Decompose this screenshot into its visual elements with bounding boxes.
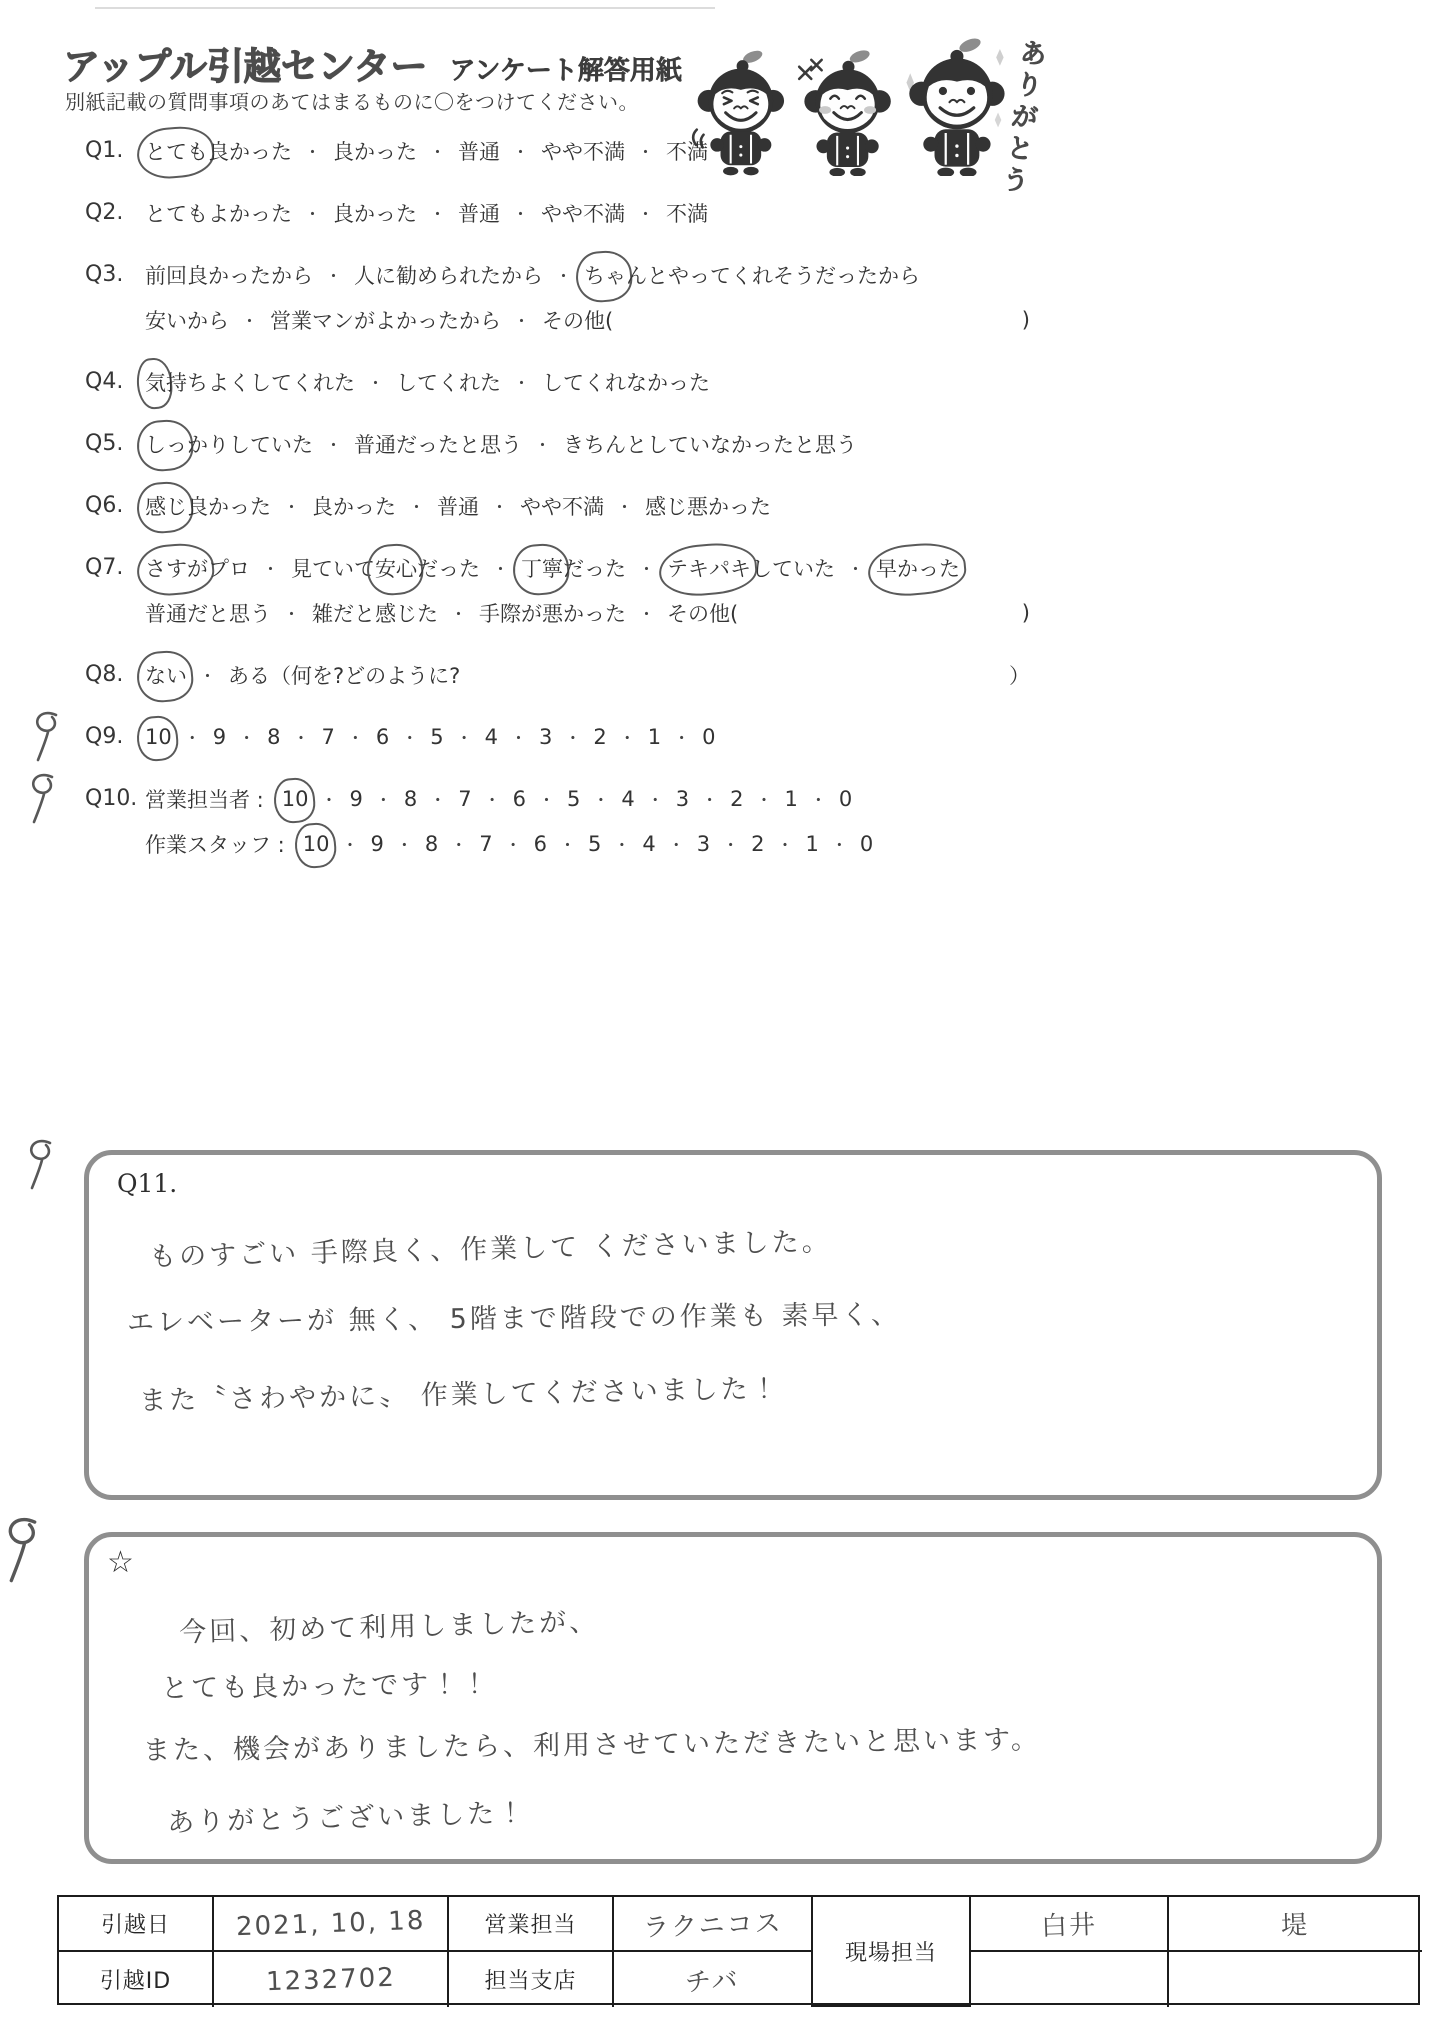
question-row-q5: Q5.しっかりしていた・普通だったと思う・きちんとしていなかったと思う	[85, 421, 1030, 466]
option-sublabel: 営業担当者 :	[145, 784, 264, 814]
separator-dot: ・	[638, 600, 655, 625]
move-date-label: 引越日	[59, 1897, 214, 1952]
summary-table: 引越日 2021, 10, 18 営業担当 ラクニコス 現場担当 白井 堤 引越…	[57, 1895, 1420, 2005]
separator-dot: ・	[321, 786, 338, 811]
site-rep-empty-cell	[1169, 1952, 1422, 2007]
question-row-q6: Q6.感じ良かった・良かった・普通・やや不満・感じ悪かった	[85, 483, 1030, 528]
handwritten-line: エレベーターが 無く、 5階まで階段での作業も 素早く、	[127, 1288, 1357, 1340]
option-row: さすがプロ・見ていて安心だった・丁寧だった・テキパキしていた・早かった	[145, 553, 1030, 583]
move-date-value: 2021, 10, 18	[214, 1897, 449, 1952]
question-label: Q8.	[85, 662, 145, 687]
option-text: やや不満	[520, 491, 604, 521]
option-text: していた	[751, 553, 835, 583]
option-text: やや不満	[541, 198, 625, 228]
scan-artifact-line	[95, 7, 715, 9]
option-text: 0	[860, 832, 873, 856]
star-icon: ☆	[107, 1545, 134, 1580]
option-text: 見ていて	[291, 553, 375, 583]
separator-dot: ・	[722, 831, 739, 856]
option-text: 6	[534, 832, 547, 856]
handwritten-line: また〝さわやかに〟 作業してくださいました！	[139, 1355, 1358, 1417]
separator-dot: ・	[429, 200, 446, 225]
option-text: だった	[417, 553, 480, 583]
option-text: きちんとしていなかったと思う	[563, 429, 857, 459]
option-text: 手際が悪かった	[479, 598, 626, 628]
question-label: Q10.	[85, 786, 145, 811]
option-text: 普通	[458, 198, 500, 228]
option-text: してくれなかった	[542, 367, 710, 397]
site-rep-value-1: 白井	[971, 1897, 1169, 1952]
separator-dot: ・	[831, 831, 848, 856]
separator-dot: ・	[401, 724, 418, 749]
option-circled: 丁寧	[521, 553, 563, 583]
option-text: 2	[751, 832, 764, 856]
option-circled: しっ	[145, 429, 187, 459]
branch-label: 担当支店	[449, 1952, 614, 2007]
separator-dot: ・	[238, 724, 255, 749]
option-text: 良かった	[333, 198, 417, 228]
question-row-q7: Q7.さすがプロ・見ていて安心だった・丁寧だった・テキパキしていた・早かった	[85, 545, 1030, 590]
comment-box-star: ☆ 今回、初めて利用しましたが、とても良かったです！！また、機会がありましたら、…	[84, 1532, 1382, 1864]
separator-dot: ・	[456, 724, 473, 749]
option-text: 持ちよくしてくれた	[166, 367, 355, 397]
question-row-q1: Q1.とても良かった・良かった・普通・やや不満・不満	[85, 128, 1030, 173]
handwritten-comment: ものすごい 手際良く、作業して くださいました。エレベーターが 無く、 5階まで…	[127, 1221, 1357, 1440]
form-title: アンケート解答用紙	[449, 50, 681, 87]
option-circled: テキパキ	[667, 553, 751, 583]
option-text: 人に勧められたから	[354, 260, 543, 290]
question-label: Q2.	[85, 200, 145, 225]
question-row-q3: Q3.前回良かったから・人に勧められたから・ちゃんとやってくれそうだったから	[85, 252, 1030, 297]
option-text: ）	[1009, 660, 1030, 690]
option-circled: 気	[145, 367, 166, 397]
handwritten-line: とても良かったです！！	[161, 1650, 1357, 1706]
separator-dot: ・	[647, 786, 664, 811]
separator-dot: ・	[613, 831, 630, 856]
separator-dot: ・	[513, 307, 530, 332]
option-circled: 10	[282, 787, 309, 811]
option-text: 8	[425, 832, 438, 856]
question-row-continued: 作業スタッフ :10・9・8・7・6・5・4・3・2・1・0	[85, 821, 1030, 866]
option-text: 8	[404, 787, 417, 811]
question-label: Q6.	[85, 493, 145, 518]
option-text: 0	[702, 725, 715, 749]
option-row: とてもよかった・良かった・普通・やや不満・不満	[145, 198, 1030, 228]
option-row: 作業スタッフ :10・9・8・7・6・5・4・3・2・1・0	[145, 829, 1030, 859]
option-text: 1	[805, 832, 818, 856]
separator-dot: ・	[450, 831, 467, 856]
option-text: 1	[785, 787, 798, 811]
option-text: 良かった	[187, 491, 271, 521]
separator-dot: ・	[450, 600, 467, 625]
separator-dot: ・	[184, 724, 201, 749]
move-id-label: 引越ID	[59, 1952, 214, 2007]
option-text: 1	[648, 725, 661, 749]
separator-dot: ・	[283, 600, 300, 625]
comment-box-q11: Q11. ものすごい 手際良く、作業して くださいました。エレベーターが 無く、…	[84, 1150, 1382, 1500]
separator-dot: ・	[325, 431, 342, 456]
separator-dot: ・	[534, 431, 551, 456]
question-label: Q5.	[85, 431, 145, 456]
option-row: 営業担当者 :10・9・8・7・6・5・4・3・2・1・0	[145, 784, 1030, 814]
option-text: 不満	[666, 136, 708, 166]
separator-dot: ・	[512, 200, 529, 225]
question-row-q4: Q4.気持ちよくしてくれた・してくれた・してくれなかった	[85, 359, 1030, 404]
option-text: 4	[621, 787, 634, 811]
option-text: 4	[642, 832, 655, 856]
option-text: 雑だと感じた	[312, 598, 438, 628]
question-list: Q1.とても良かった・良かった・普通・やや不満・不満Q2.とてもよかった・良かっ…	[85, 128, 1030, 866]
branch-value: チバ	[614, 1952, 813, 2007]
option-text: 7	[458, 787, 471, 811]
separator-dot: ・	[638, 555, 655, 580]
separator-dot: ・	[241, 307, 258, 332]
option-text: んとやってくれそうだったから	[626, 260, 920, 290]
option-text: だった	[563, 553, 626, 583]
question-row-q2: Q2.とてもよかった・良かった・普通・やや不満・不満	[85, 190, 1030, 235]
separator-dot: ・	[559, 831, 576, 856]
option-circled: ない	[145, 660, 187, 690]
option-circled: さすが	[145, 553, 208, 583]
option-text: 8	[267, 725, 280, 749]
option-text: 2	[593, 725, 606, 749]
option-text: 5	[430, 725, 443, 749]
separator-dot: ・	[429, 138, 446, 163]
option-text: 普通だと思う	[145, 598, 271, 628]
sales-rep-label: 営業担当	[449, 1897, 614, 1952]
option-text: 前回良かったから	[145, 260, 313, 290]
comment-box-label: Q11.	[117, 1169, 177, 1198]
separator-dot: ・	[347, 724, 364, 749]
separator-dot: ・	[283, 493, 300, 518]
separator-dot: ・	[375, 786, 392, 811]
site-rep-empty-cell	[971, 1952, 1169, 2007]
separator-dot: ・	[616, 493, 633, 518]
separator-dot: ・	[408, 493, 425, 518]
option-text: 良かった	[333, 136, 417, 166]
question-row-q10: Q10.営業担当者 :10・9・8・7・6・5・4・3・2・1・0	[85, 776, 1030, 821]
option-text: 3	[676, 787, 689, 811]
option-text: 2	[730, 787, 743, 811]
handwritten-loop-mark	[24, 1138, 58, 1194]
separator-dot: ・	[510, 724, 527, 749]
handwritten-comment: 今回、初めて利用しましたが、とても良かったです！！また、機会がありましたら、利用…	[127, 1595, 1357, 1847]
separator-dot: ・	[776, 831, 793, 856]
separator-dot: ・	[673, 724, 690, 749]
option-text: 良かった	[312, 491, 396, 521]
brand-title: アップル引越センター	[63, 36, 427, 90]
option-circled: 10	[145, 725, 172, 749]
option-text: )	[1022, 308, 1030, 332]
option-row: 気持ちよくしてくれた・してくれた・してくれなかった	[145, 367, 1030, 397]
option-text: 9	[350, 787, 363, 811]
separator-dot: ・	[847, 555, 864, 580]
separator-dot: ・	[810, 786, 827, 811]
option-circled: 早かった	[876, 553, 960, 583]
separator-dot: ・	[592, 786, 609, 811]
option-row: 10・9・8・7・6・5・4・3・2・1・0	[145, 724, 1030, 749]
separator-dot: ・	[491, 493, 508, 518]
handwritten-line: ものすごい 手際良く、作業して くださいました。	[149, 1207, 1358, 1273]
option-row: ない・ある（何を?どのように?）	[145, 660, 1030, 690]
option-row: とても良かった・良かった・普通・やや不満・不満	[145, 136, 1030, 166]
separator-dot: ・	[304, 200, 321, 225]
option-text: 普通	[458, 136, 500, 166]
option-text: 9	[213, 725, 226, 749]
header: アップル引越センター アンケート解答用紙	[63, 36, 682, 90]
option-text: かりしていた	[187, 429, 313, 459]
site-rep-value-2: 堤	[1169, 1897, 1422, 1952]
option-text: 営業マンがよかったから	[270, 305, 501, 335]
option-text: 6	[513, 787, 526, 811]
question-label: Q4.	[85, 369, 145, 394]
handwritten-line: ありがとうございました！	[167, 1767, 1358, 1839]
option-text: プロ	[208, 553, 250, 583]
option-text: 3	[697, 832, 710, 856]
separator-dot: ・	[505, 831, 522, 856]
option-text: その他(	[542, 305, 613, 335]
separator-dot: ・	[668, 831, 685, 856]
option-text: 普通だったと思う	[354, 429, 522, 459]
separator-dot: ・	[564, 724, 581, 749]
option-circled: とても	[145, 136, 208, 166]
option-text: 不満	[666, 198, 708, 228]
option-row: 安いから・営業マンがよかったから・その他()	[145, 305, 1030, 335]
separator-dot: ・	[304, 138, 321, 163]
separator-dot: ・	[429, 786, 446, 811]
option-text: 7	[321, 725, 334, 749]
option-sublabel: 作業スタッフ :	[145, 829, 285, 859]
option-text: 5	[588, 832, 601, 856]
instruction-text: 別紙記載の質問事項のあてはまるものに〇をつけてください。	[65, 86, 639, 115]
separator-dot: ・	[325, 262, 342, 287]
option-text: 普通	[437, 491, 479, 521]
option-circled: 10	[303, 832, 330, 856]
separator-dot: ・	[199, 662, 216, 687]
separator-dot: ・	[701, 786, 718, 811]
separator-dot: ・	[555, 262, 572, 287]
option-row: しっかりしていた・普通だったと思う・きちんとしていなかったと思う	[145, 429, 1030, 459]
option-text: ある（何を?どのように?	[228, 660, 460, 690]
sales-rep-value: ラクニコス	[614, 1897, 813, 1952]
option-text: その他(	[667, 598, 738, 628]
separator-dot: ・	[538, 786, 555, 811]
separator-dot: ・	[292, 724, 309, 749]
option-row: 感じ良かった・良かった・普通・やや不満・感じ悪かった	[145, 491, 1030, 521]
option-row: 前回良かったから・人に勧められたから・ちゃんとやってくれそうだったから	[145, 260, 1030, 290]
option-text: )	[1022, 601, 1030, 625]
separator-dot: ・	[262, 555, 279, 580]
option-text: 6	[376, 725, 389, 749]
separator-dot: ・	[637, 138, 654, 163]
option-text: 良かった	[208, 136, 292, 166]
question-label: Q7.	[85, 555, 145, 580]
handwritten-loop-mark	[30, 710, 64, 766]
option-text: 感じ悪かった	[645, 491, 771, 521]
separator-dot: ・	[512, 138, 529, 163]
option-circled: 安心	[375, 553, 417, 583]
survey-sheet: アップル引越センター アンケート解答用紙 別紙記載の質問事項のあてはまるものに〇…	[0, 0, 1433, 2023]
separator-dot: ・	[619, 724, 636, 749]
option-text: 7	[479, 832, 492, 856]
handwritten-line: また、機会がありましたら、利用させていただきたいと思います。	[143, 1714, 1357, 1768]
question-row-continued: 安いから・営業マンがよかったから・その他()	[85, 297, 1030, 342]
option-row: 普通だと思う・雑だと感じた・手際が悪かった・その他()	[145, 598, 1030, 628]
handwritten-line: 今回、初めて利用しましたが、	[179, 1580, 1358, 1650]
question-label: Q9.	[85, 724, 145, 749]
question-row-q9: Q9.10・9・8・7・6・5・4・3・2・1・0	[85, 714, 1030, 759]
option-text: やや不満	[541, 136, 625, 166]
handwritten-loop-mark	[1, 1516, 45, 1589]
question-row-continued: 普通だと思う・雑だと感じた・手際が悪かった・その他()	[85, 590, 1030, 635]
option-text: してくれた	[396, 367, 501, 397]
option-text: 5	[567, 787, 580, 811]
separator-dot: ・	[367, 369, 384, 394]
separator-dot: ・	[341, 831, 358, 856]
separator-dot: ・	[513, 369, 530, 394]
option-text: 0	[839, 787, 852, 811]
question-label: Q1.	[85, 138, 145, 163]
option-text: 4	[485, 725, 498, 749]
option-circled: ちゃ	[584, 260, 626, 290]
question-label: Q3.	[85, 262, 145, 287]
option-text: 3	[539, 725, 552, 749]
option-text: 安いから	[145, 305, 229, 335]
site-rep-label: 現場担当	[813, 1897, 971, 2007]
handwritten-loop-mark	[26, 772, 60, 828]
separator-dot: ・	[396, 831, 413, 856]
option-text: とてもよかった	[145, 198, 292, 228]
separator-dot: ・	[637, 200, 654, 225]
separator-dot: ・	[484, 786, 501, 811]
question-row-q8: Q8.ない・ある（何を?どのように?）	[85, 652, 1030, 697]
move-id-value: 1232702	[214, 1952, 449, 2007]
separator-dot: ・	[756, 786, 773, 811]
option-text: 9	[370, 832, 383, 856]
option-circled: 感じ	[145, 491, 187, 521]
separator-dot: ・	[492, 555, 509, 580]
